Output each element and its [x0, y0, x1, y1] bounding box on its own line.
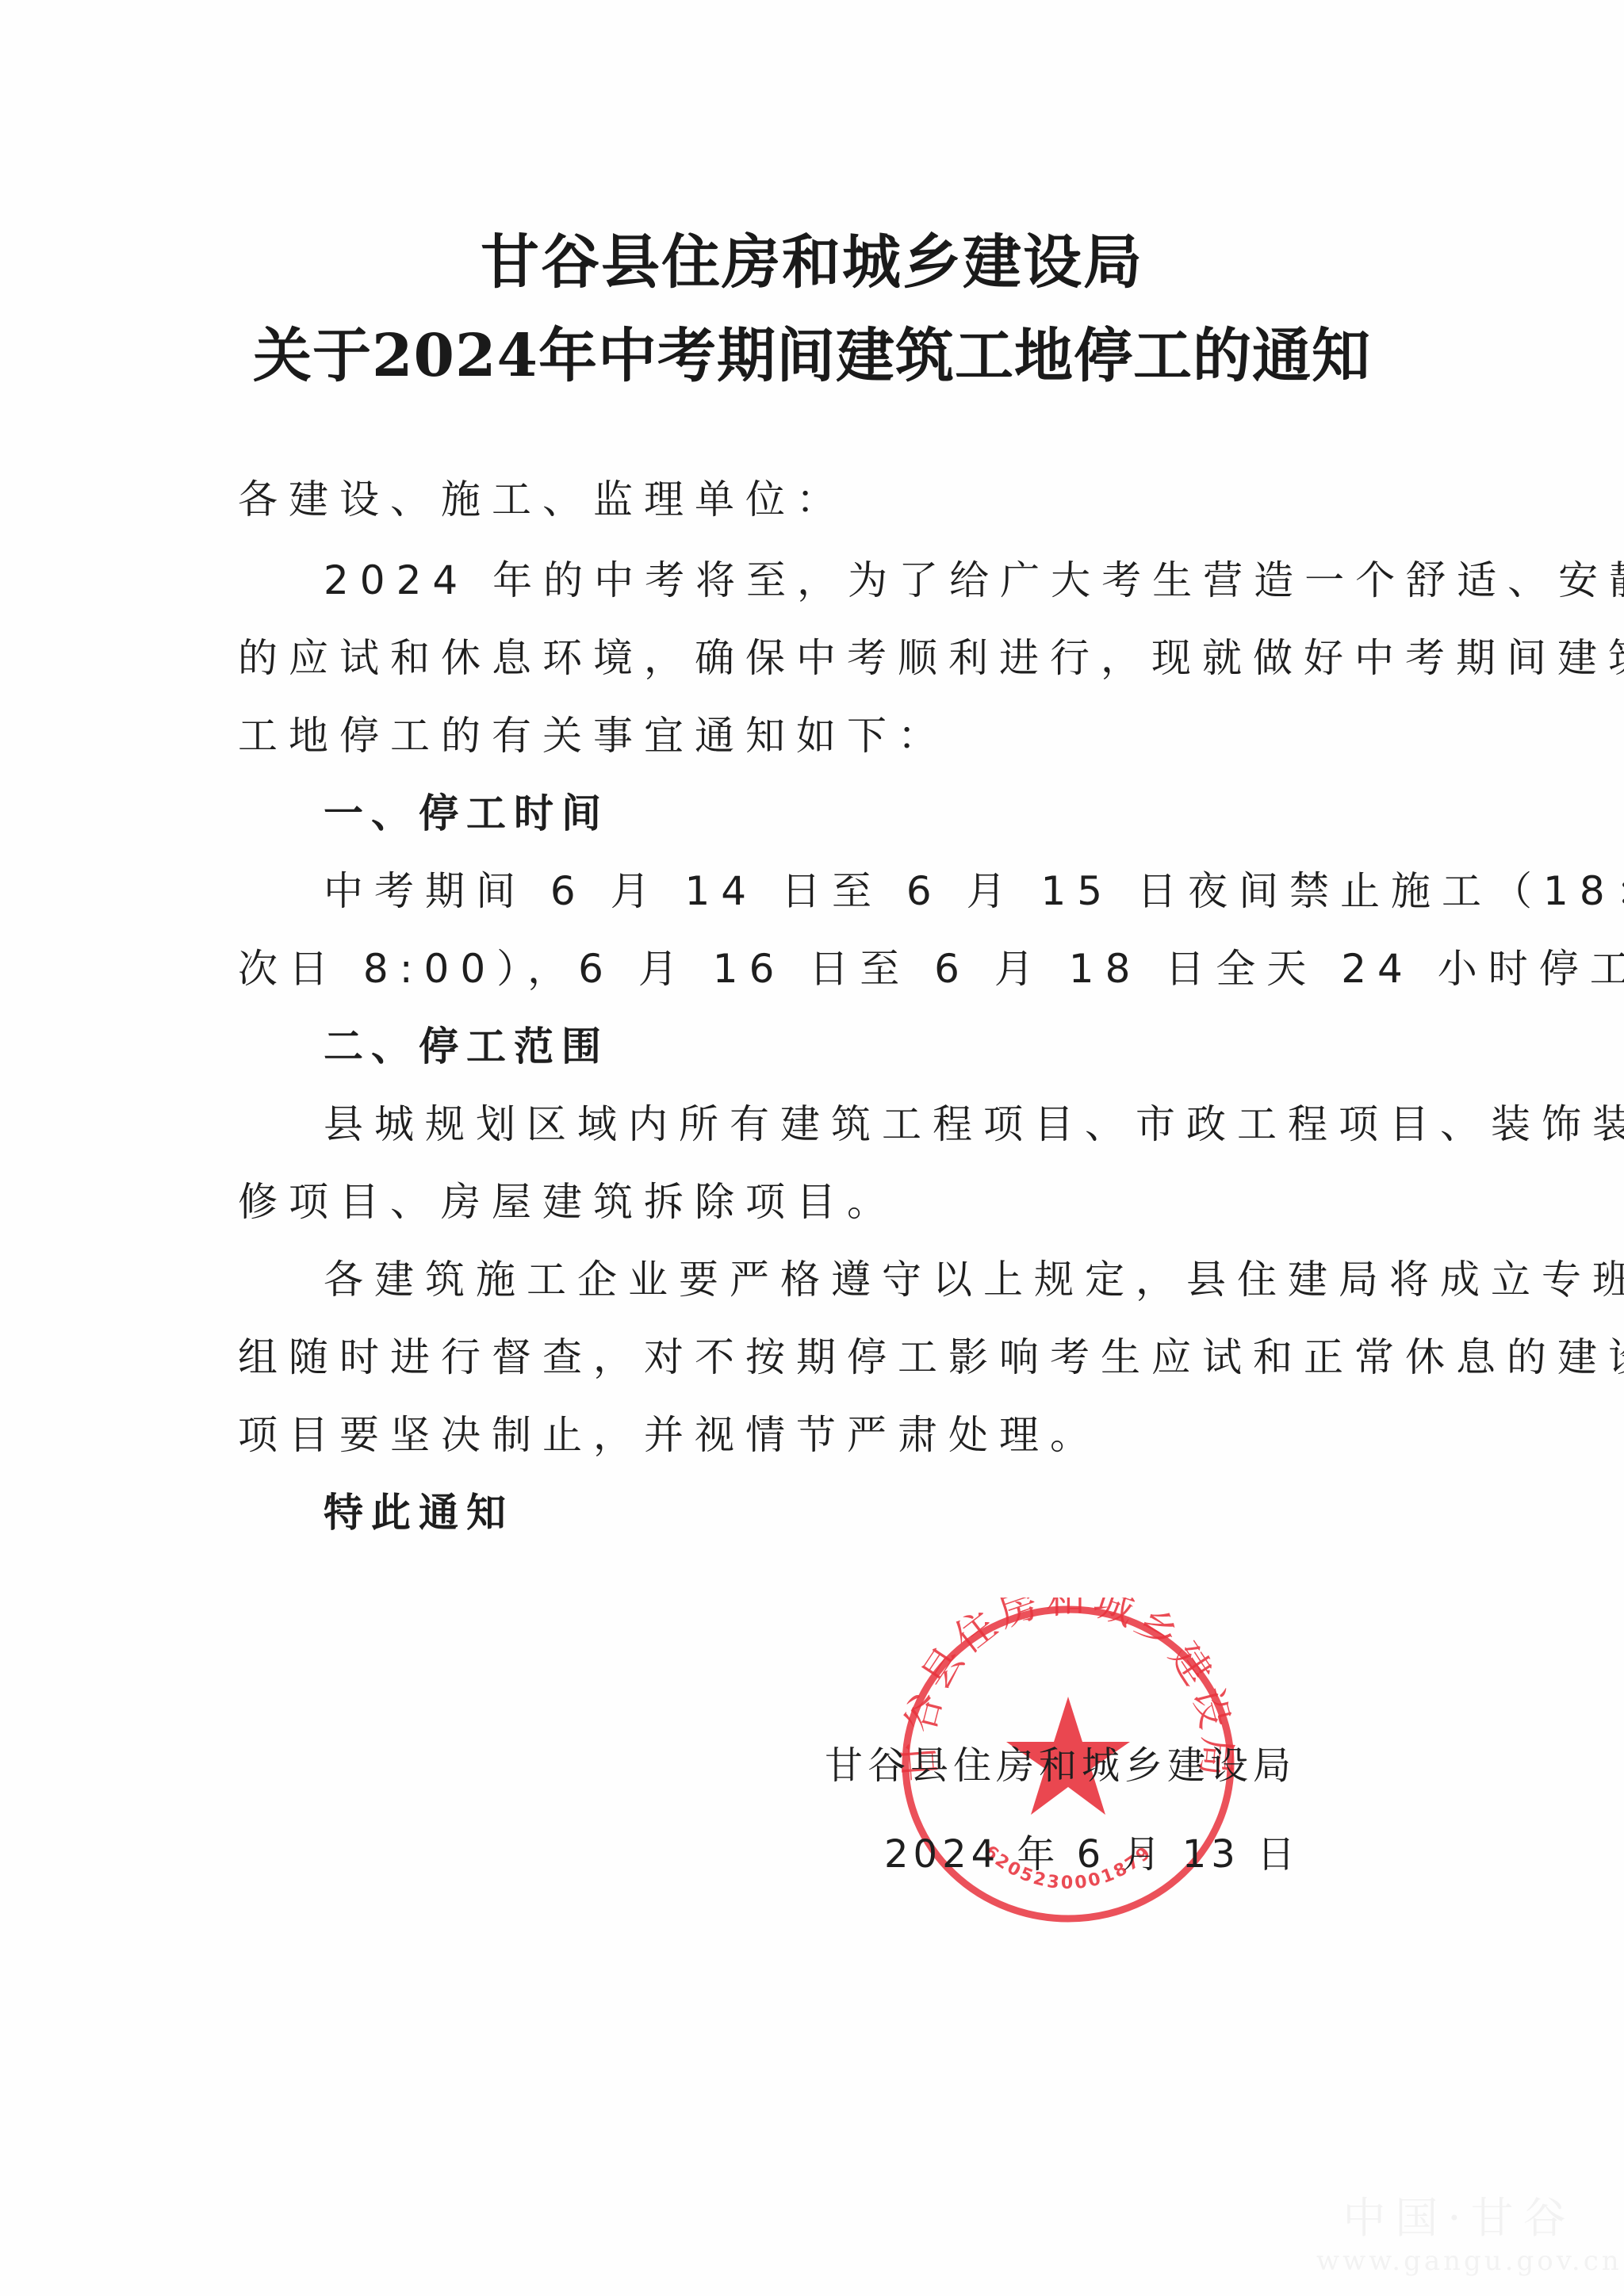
document-title-issuer: 甘谷县住房和城乡建设局 [0, 216, 1624, 300]
sign-off: 特此通知 [324, 1489, 1529, 1536]
watermark-url: www.gangu.gov.cn [1316, 2245, 1602, 2277]
closing-line-3: 项目要坚决制止，并视情节严肃处理。 [238, 1411, 1443, 1459]
section-heading-stop-time: 一、停工时间 [324, 790, 1529, 837]
section-1-line-2: 次日 8:00），6 月 16 日至 6 月 18 日全天 24 小时停工。 [238, 945, 1443, 993]
document-title-subject: 关于2024年中考期间建筑工地停工的通知 [0, 309, 1624, 393]
section-2-line-1: 县城规划区域内所有建筑工程项目、市政工程项目、装饰装 [324, 1100, 1529, 1148]
section-2-line-2: 修项目、房屋建筑拆除项目。 [238, 1178, 1443, 1226]
intro-line-1: 2024 年的中考将至，为了给广大考生营造一个舒适、安静 [324, 557, 1529, 604]
intro-line-2: 的应试和休息环境，确保中考顺利进行，现就做好中考期间建筑 [238, 634, 1443, 682]
signature-organization: 甘谷县住房和城乡建设局 [825, 1735, 1296, 1789]
signature-date: 2024 年 6 月 13 日 [884, 1823, 1300, 1878]
document-page: 甘谷县住房和城乡建设局 关于2024年中考期间建筑工地停工的通知 各建设、施工、… [0, 0, 1624, 2296]
intro-line-3: 工地停工的有关事宜通知如下： [238, 712, 1443, 760]
watermark-text: 中国·甘谷 [1316, 2184, 1602, 2245]
closing-line-2: 组随时进行督查，对不按期停工影响考生应试和正常休息的建设 [238, 1334, 1443, 1381]
section-heading-stop-scope: 二、停工范围 [324, 1023, 1529, 1070]
closing-line-1: 各建筑施工企业要严格遵守以上规定，县住建局将成立专班 [324, 1256, 1529, 1303]
salutation: 各建设、施工、监理单位： [238, 476, 1443, 523]
section-1-line-1: 中考期间 6 月 14 日至 6 月 15 日夜间禁止施工（18：00 至 [324, 867, 1529, 915]
site-watermark: 中国·甘谷 www.gangu.gov.cn [1316, 2184, 1602, 2277]
